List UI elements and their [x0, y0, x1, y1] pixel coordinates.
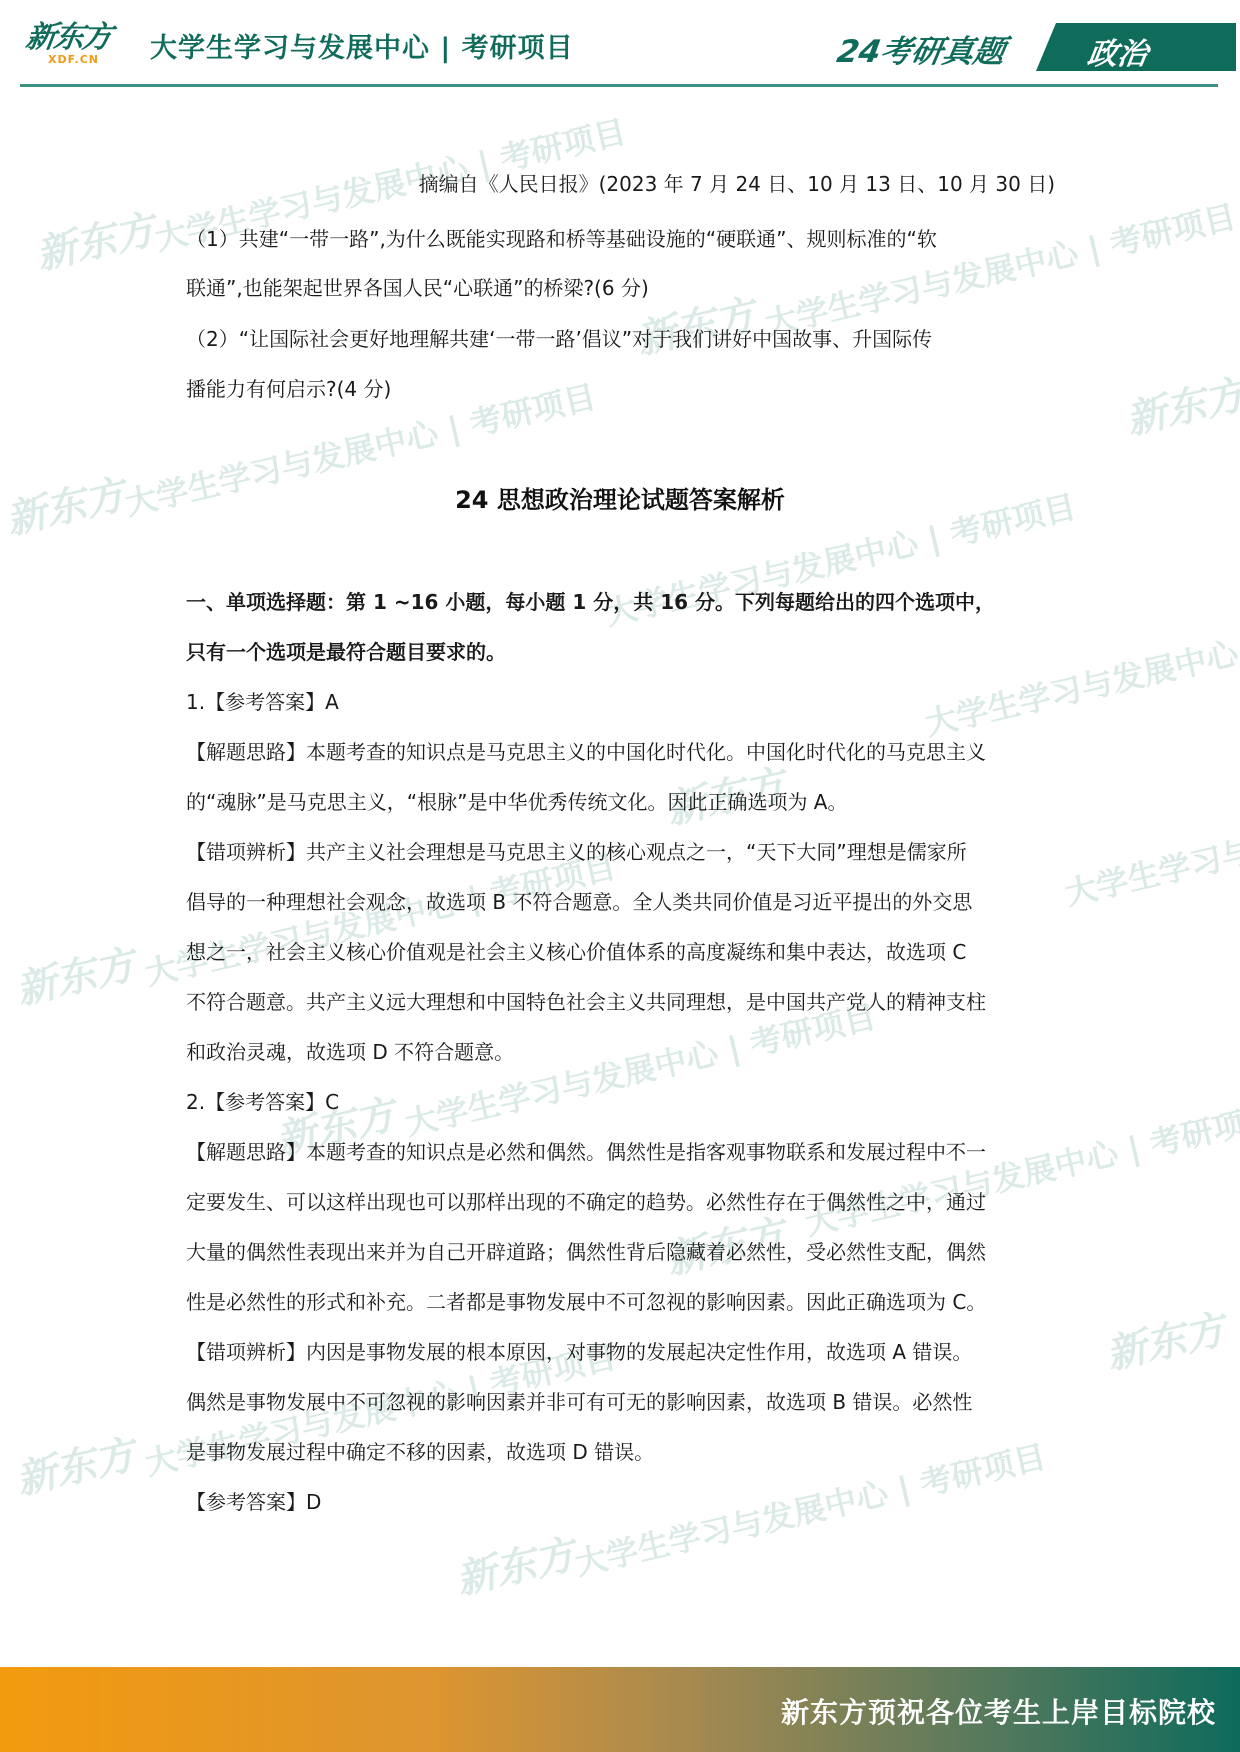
watermark-logo: 新东方	[1100, 1298, 1230, 1381]
answer-2: 2.【参考答案】C	[186, 1090, 339, 1114]
answer-2-analysis-line: 【错项辨析】内因是事物发展的根本原因，对事物的发展起决定性作用，故选项 A 错误…	[186, 1340, 972, 1364]
page-header: 新东方 XDF.CN 大学生学习与发展中心 | 考研项目 24考研真题 政治	[0, 0, 1240, 90]
xdf-logo: 新东方 XDF.CN	[26, 22, 132, 66]
answer-2-analysis-line: 大量的偶然性表现出来并为自己开辟道路；偶然性背后隐藏着必然性，受必然性支配，偶然	[186, 1240, 986, 1264]
watermark: 大学生学习与发展中心 | 考研项目	[800, 1092, 1240, 1245]
watermark: 大学生学习与发展中心 | 考研项目	[140, 842, 620, 995]
answer-2-analysis-line: 偶然是事物发展中不可忽视的影响因素并非可有可无的影响因素，故选项 B 错误。必然…	[186, 1390, 972, 1414]
logo-chinese: 新东方	[24, 22, 134, 54]
answer-1-analysis-line: 不符合题意。共产主义远大理想和中国特色社会主义共同理想，是中国共产党人的精神支柱	[186, 990, 986, 1014]
section-heading-line-2: 只有一个选项是最符合题目要求的。	[186, 640, 506, 664]
watermark-logo: 新东方	[30, 198, 160, 281]
answer-1-analysis-line: 【解题思路】本题考查的知识点是马克思主义的中国化时代化。中国化时代化的马克思主义	[186, 740, 986, 764]
watermark: 大学生学习与发展中心 | 考研项目	[920, 592, 1240, 745]
watermark: 大学生学习与发展中心 | 考研项目	[760, 192, 1240, 345]
answer-2-analysis-line: 是事物发展过程中确定不移的因素，故选项 D 错误。	[186, 1440, 654, 1464]
watermark: 大学生学习与发展中心 | 考研项目	[1060, 762, 1240, 915]
question-2-line-1: （2）“让国际社会更好地理解共建‘一带一路’倡议”对于我们讲好中国故事、升国际传	[186, 327, 932, 351]
answer-2-analysis-line: 性是必然性的形式和补充。二者都是事物发展中不可忽视的影响因素。因此正确选项为 C…	[186, 1290, 986, 1314]
answer-1-analysis-line: 和政治灵魂，故选项 D 不符合题意。	[186, 1040, 514, 1064]
answer-1-analysis-line: 的“魂脉”是马克思主义，“根脉”是中华优秀传统文化。因此正确选项为 A。	[186, 790, 847, 814]
question-2-line-2: 播能力有何启示?(4 分)	[186, 377, 391, 401]
question-1-line-2: 联通”,也能架起世界各国人民“心联通”的桥梁?(6 分)	[186, 276, 649, 300]
organization-name: 大学生学习与发展中心 | 考研项目	[150, 26, 574, 65]
page-footer-banner: 新东方预祝各位考生上岸目标院校	[0, 1667, 1240, 1752]
footer-slogan: 新东方预祝各位考生上岸目标院校	[781, 1691, 1216, 1731]
answer-1-analysis-line: 【错项辨析】共产主义社会理想是马克思主义的核心观点之一，“天下大同”理想是儒家所	[186, 840, 967, 864]
watermark-logo: 新东方	[450, 1523, 580, 1606]
page-title: 24 思想政治理论试题答案解析	[0, 480, 1240, 515]
subject-label: 政治	[1085, 29, 1151, 73]
source-citation: 摘编自《人民日报》(2023 年 7 月 24 日、10 月 13 日、10 月…	[419, 172, 1055, 196]
answer-2-analysis-line: 定要发生、可以这样出现也可以那样出现的不确定的趋势。必然性存在于偶然性之中，通过	[186, 1190, 986, 1214]
answer-3: 【参考答案】D	[186, 1490, 321, 1514]
answer-2-analysis-line: 【解题思路】本题考查的知识点是必然和偶然。偶然性是指客观事物联系和发展过程中不一	[186, 1140, 986, 1164]
answer-1-analysis-line: 倡导的一种理想社会观念，故选项 B 不符合题意。全人类共同价值是习近平提出的外交…	[186, 890, 972, 914]
header-divider	[20, 84, 1218, 87]
watermark: 大学生学习与发展中心 | 考研项目	[400, 992, 880, 1145]
question-1-line-1: （1）共建“一带一路”,为什么既能实现路和桥等基础设施的“硬联通”、规则标准的“…	[186, 227, 937, 251]
watermark-logo: 新东方	[10, 1423, 140, 1506]
watermark-logo: 新东方	[1120, 363, 1240, 446]
exam-label: 24考研真题	[834, 26, 1009, 71]
answer-1-analysis-line: 想之一，社会主义核心价值观是社会主义核心价值体系的高度凝练和集中表达，故选项 C	[186, 940, 966, 964]
section-heading-line-1: 一、单项选择题：第 1 ~16 小题，每小题 1 分，共 16 分。下列每题给出…	[186, 590, 995, 614]
answer-1: 1.【参考答案】A	[186, 690, 339, 714]
logo-english: XDF.CN	[48, 53, 99, 66]
watermark-logo: 新东方	[10, 933, 140, 1016]
watermark-logo: 新东方	[630, 283, 760, 366]
